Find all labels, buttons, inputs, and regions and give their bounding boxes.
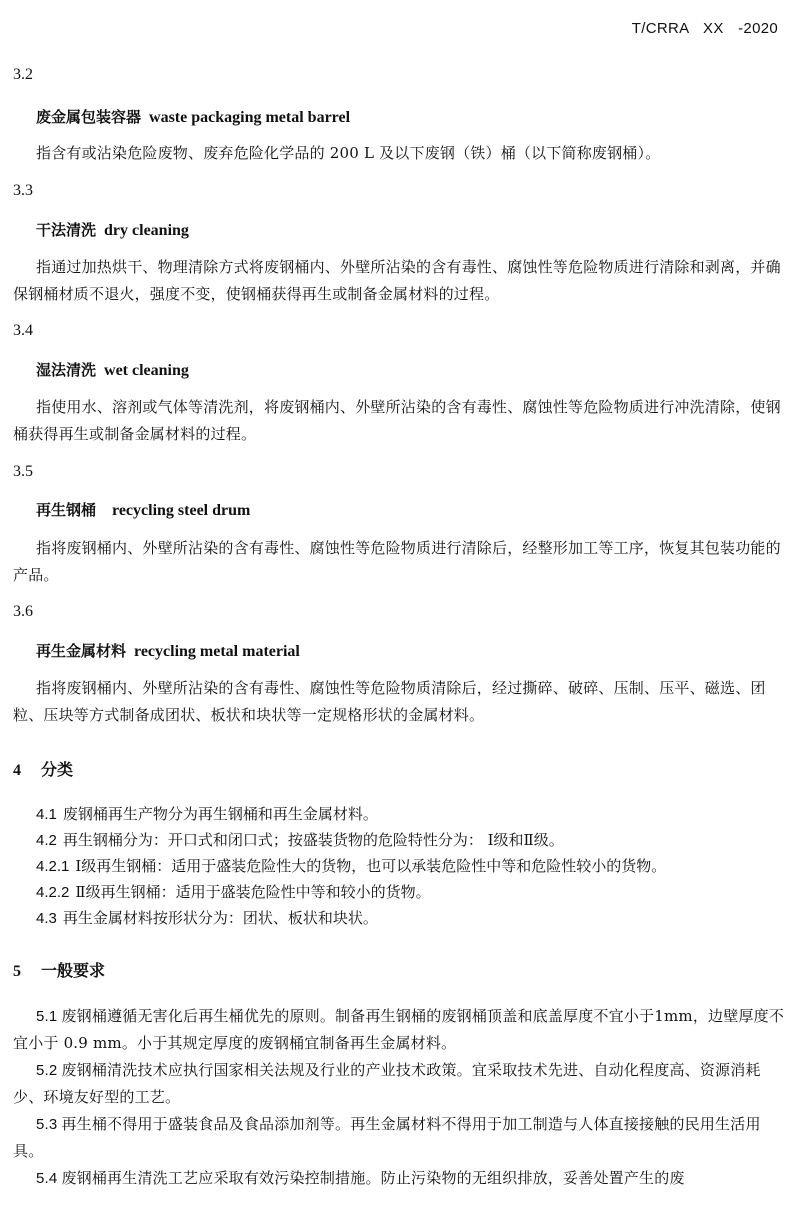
term-cn: 干法清洗 — [36, 221, 96, 239]
clause-number: 5.1 — [36, 1008, 57, 1025]
section-heading: 4分类 — [13, 757, 73, 780]
term-en: dry cleaning — [104, 222, 189, 239]
clause-text: 废钢桶再生清洗工艺应采取有效污染控制措施。防止污染物的无组织排放，妥善处置产生的… — [61, 1169, 684, 1187]
clause-number: 4.2.1 — [36, 858, 69, 875]
clause-item: 4.3再生金属材料按形状分为：团状、板状和块状。 — [36, 907, 378, 928]
clause-text: Ⅱ级再生钢桶：适用于盛装危险性中等和较小的货物。 — [75, 883, 430, 901]
clause-number: 5.4 — [36, 1170, 57, 1187]
term-en: waste packaging metal barrel — [149, 109, 350, 126]
standard-code: T/CRRA XX -2020 — [632, 20, 778, 37]
section-title: 一般要求 — [41, 961, 105, 980]
clause-paragraph: 5.4废钢桶再生清洗工艺应采取有效污染控制措施。防止污染物的无组织排放，妥善处置… — [13, 1165, 788, 1192]
term-definition: 指将废钢桶内、外壁所沾染的含有毒性、腐蚀性等危险物质清除后，经过撕碎、破碎、压制… — [13, 675, 788, 729]
term-number: 3.2 — [13, 66, 33, 84]
clause-number: 4.1 — [36, 806, 57, 823]
term-title: 废金属包装容器waste packaging metal barrel — [36, 106, 350, 127]
term-definition: 指使用水、溶剂或气体等清洗剂，将废钢桶内、外壁所沾染的含有毒性、腐蚀性等危险物质… — [13, 394, 788, 448]
clause-number: 4.2.2 — [36, 884, 69, 901]
clause-number: 5.2 — [36, 1062, 57, 1079]
clause-text: 再生钢桶分为：开口式和闭口式；按盛装货物的危险特性分为： Ⅰ级和Ⅱ级。 — [63, 831, 564, 849]
clause-item: 4.2.1Ⅰ级再生钢桶：适用于盛装危险性大的货物，也可以承装危险性中等和危险性较… — [36, 855, 666, 876]
term-number: 3.3 — [13, 182, 33, 200]
term-number: 3.6 — [13, 603, 33, 621]
section-title: 分类 — [41, 760, 73, 779]
clause-text: 废钢桶清洗技术应执行国家相关法规及行业的产业技术政策。宜采取技术先进、自动化程度… — [13, 1061, 761, 1106]
term-en: recycling steel drum — [112, 502, 250, 519]
clause-number: 5.3 — [36, 1116, 57, 1133]
term-title: 湿法清洗wet cleaning — [36, 359, 189, 380]
clause-text: 再生金属材料按形状分为：团状、板状和块状。 — [63, 909, 378, 927]
clause-item: 4.2.2Ⅱ级再生钢桶：适用于盛装危险性中等和较小的货物。 — [36, 881, 431, 902]
term-definition: 指通过加热烘干、物理清除方式将废钢桶内、外壁所沾染的含有毒性、腐蚀性等危险物质进… — [13, 254, 788, 308]
clause-text: Ⅰ级再生钢桶：适用于盛装危险性大的货物，也可以承装危险性中等和危险性较小的货物。 — [75, 857, 666, 875]
term-en: recycling metal material — [134, 643, 300, 660]
section-number: 5 — [13, 963, 41, 981]
term-cn: 废金属包装容器 — [36, 108, 141, 126]
clause-text: 废钢桶遵循无害化后再生桶优先的原则。制备再生钢桶的废钢桶顶盖和底盖厚度不宜小于1… — [13, 1007, 784, 1052]
clause-paragraph: 5.2废钢桶清洗技术应执行国家相关法规及行业的产业技术政策。宜采取技术先进、自动… — [13, 1057, 788, 1111]
clause-number: 4.2 — [36, 832, 57, 849]
term-definition: 指将废钢桶内、外壁所沾染的含有毒性、腐蚀性等危险物质进行清除后，经整形加工等工序… — [13, 535, 788, 589]
clause-item: 4.1废钢桶再生产物分为再生钢桶和再生金属材料。 — [36, 803, 378, 824]
clause-number: 4.3 — [36, 910, 57, 927]
term-title: 再生金属材料recycling metal material — [36, 640, 300, 661]
clause-text: 废钢桶再生产物分为再生钢桶和再生金属材料。 — [63, 805, 378, 823]
section-heading: 5一般要求 — [13, 958, 105, 981]
term-cn: 再生钢桶 — [36, 501, 96, 519]
term-cn: 再生金属材料 — [36, 642, 126, 660]
term-definition: 指含有或沾染危险废物、废弃危险化学品的 200 L 及以下废钢（铁）桶（以下简称… — [13, 140, 788, 167]
term-cn: 湿法清洗 — [36, 361, 96, 379]
term-number: 3.4 — [13, 322, 33, 340]
clause-text: 再生桶不得用于盛装食品及食品添加剂等。再生金属材料不得用于加工制造与人体直接接触… — [13, 1115, 761, 1160]
clause-paragraph: 5.1废钢桶遵循无害化后再生桶优先的原则。制备再生钢桶的废钢桶顶盖和底盖厚度不宜… — [13, 1003, 788, 1057]
section-number: 4 — [13, 762, 41, 780]
term-title: 干法清洗dry cleaning — [36, 219, 189, 240]
clause-item: 4.2再生钢桶分为：开口式和闭口式；按盛装货物的危险特性分为： Ⅰ级和Ⅱ级。 — [36, 829, 564, 850]
term-number: 3.5 — [13, 463, 33, 481]
clause-paragraph: 5.3再生桶不得用于盛装食品及食品添加剂等。再生金属材料不得用于加工制造与人体直… — [13, 1111, 788, 1165]
term-en: wet cleaning — [104, 362, 189, 379]
term-title: 再生钢桶recycling steel drum — [36, 499, 250, 520]
